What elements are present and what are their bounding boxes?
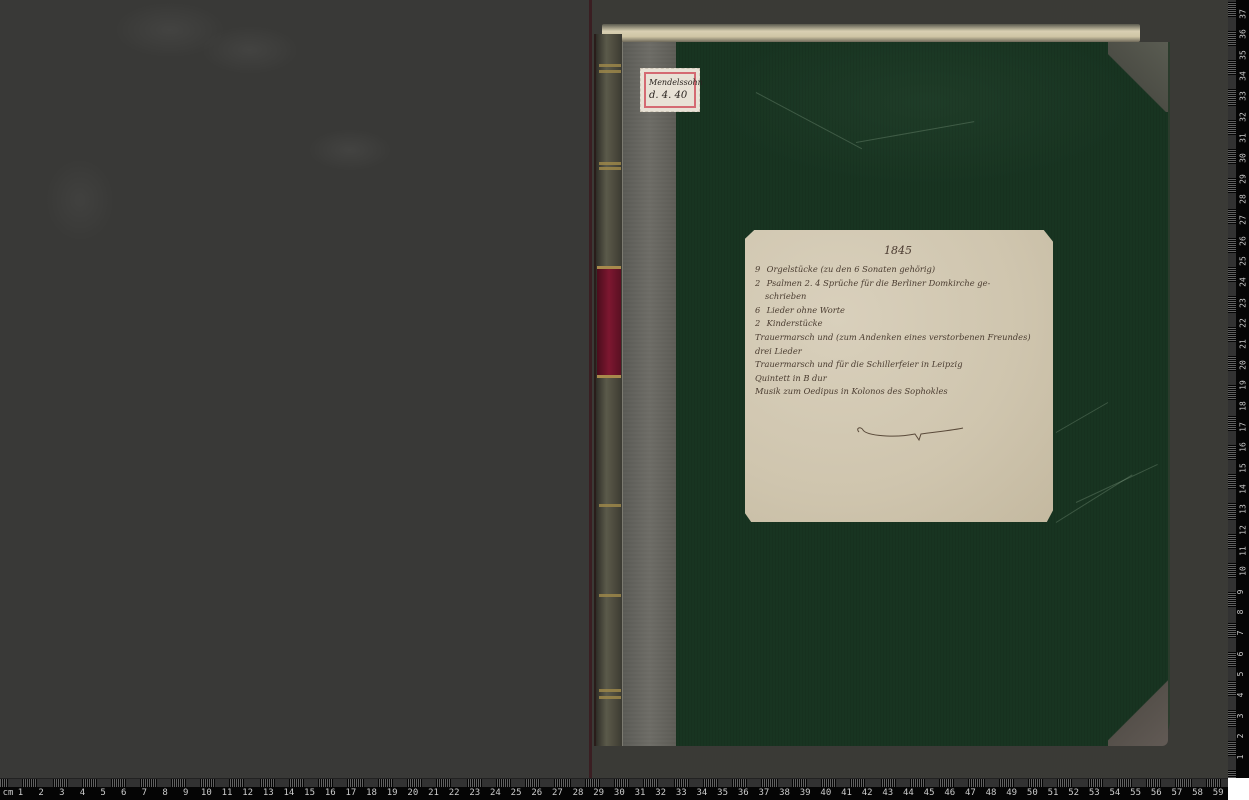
cover-scratch — [1056, 402, 1108, 433]
ruler-tick-label: 14 — [284, 788, 295, 798]
ruler-tick-label: 1 — [18, 788, 23, 798]
ruler-tick-label: 10 — [1238, 566, 1247, 576]
ruler-tick-label: 39 — [800, 788, 811, 798]
contents-item: Quintett in B dur — [755, 372, 1041, 386]
ruler-tick-label: 59 — [1213, 788, 1224, 798]
ruler-tick-label: 1 — [1236, 755, 1245, 760]
ruler-tick-label: 42 — [862, 788, 873, 798]
ruler-tick-label: 12 — [242, 788, 253, 798]
ruler-tick-label: 35 — [1238, 50, 1247, 60]
handwritten-contents-label: 1845 9 Orgelstücke (zu den 6 Sonaten geh… — [745, 230, 1053, 522]
ruler-tick-label: 30 — [1238, 153, 1247, 163]
ruler-tick-label: 37 — [1238, 9, 1247, 19]
ruler-tick-label: 36 — [738, 788, 749, 798]
ruler-tick-label: 10 — [201, 788, 212, 798]
contents-item: Musik zum Oedipus in Kolonos des Sophokl… — [755, 385, 1041, 399]
ruler-tick-label: 36 — [1238, 29, 1247, 39]
cover-scratch — [856, 121, 974, 143]
ruler-tick-label: 55 — [1130, 788, 1141, 798]
ruler-tick-label: 25 — [1238, 257, 1247, 267]
ruler-tick-label: 32 — [655, 788, 666, 798]
contents-year: 1845 — [755, 244, 1041, 257]
ruler-tick-label: 33 — [1238, 91, 1247, 101]
spine-gilt-band — [599, 64, 621, 67]
ruler-tick-label: 4 — [80, 788, 85, 798]
ruler-tick-label: 24 — [1238, 277, 1247, 287]
closing-flourish-icon — [855, 426, 965, 442]
ruler-tick-label: 13 — [1238, 504, 1247, 514]
spine-gilt-band — [599, 162, 621, 165]
ruler-tick-label: 38 — [779, 788, 790, 798]
ruler-tick-label: 37 — [758, 788, 769, 798]
spine-red-label — [597, 266, 621, 378]
ruler-tick-label: 27 — [552, 788, 563, 798]
ruler-unit-label: cm — [3, 788, 14, 798]
horizontal-scale-ruler: cm 1234567891011121314151617181920212223… — [0, 778, 1228, 800]
ruler-tick-label: 19 — [387, 788, 398, 798]
contents-list: 9 Orgelstücke (zu den 6 Sonaten gehörig)… — [755, 263, 1041, 399]
ruler-tick-label: 40 — [820, 788, 831, 798]
vertical-scale-ruler: 1234567891011121314151617181920212223242… — [1228, 0, 1249, 778]
ruler-tick-label: 52 — [1068, 788, 1079, 798]
ruler-tick-label: 25 — [511, 788, 522, 798]
ruler-tick-label: 51 — [1048, 788, 1059, 798]
ruler-tick-label: 46 — [944, 788, 955, 798]
ruler-tick-label: 26 — [531, 788, 542, 798]
ruler-tick-label: 2 — [1236, 734, 1245, 739]
ruler-tick-label: 19 — [1238, 380, 1247, 390]
ruler-tick-label: 12 — [1238, 525, 1247, 535]
ruler-tick-label: 13 — [263, 788, 274, 798]
ruler-tick-label: 5 — [1236, 672, 1245, 677]
ruler-tick-label: 11 — [1238, 546, 1247, 556]
ruler-tick-label: 22 — [449, 788, 460, 798]
shelfmark-sticker: Mendelssohn d. 4. 40 — [640, 68, 700, 112]
spine-gilt-band — [599, 594, 621, 597]
cover-scratch — [1056, 474, 1133, 523]
ruler-tick-label: 56 — [1151, 788, 1162, 798]
ruler-tick-label: 23 — [469, 788, 480, 798]
ruler-tick-label: 24 — [490, 788, 501, 798]
ruler-ticks — [1228, 0, 1236, 778]
ruler-tick-label: 31 — [635, 788, 646, 798]
ruler-tick-label: 34 — [1238, 71, 1247, 81]
ruler-tick-label: 7 — [1236, 631, 1245, 636]
cover-scratch — [756, 92, 862, 149]
ruler-tick-label: 47 — [965, 788, 976, 798]
ruler-tick-label: 21 — [428, 788, 439, 798]
ruler-ticks — [0, 779, 1228, 787]
ruler-tick-label: 21 — [1238, 339, 1247, 349]
ruler-tick-label: 14 — [1238, 484, 1247, 494]
ruler-tick-label: 29 — [593, 788, 604, 798]
ruler-tick-label: 27 — [1238, 215, 1247, 225]
spine-gilt-band — [599, 504, 621, 507]
ruler-tick-label: 34 — [697, 788, 708, 798]
ruler-tick-label: 43 — [882, 788, 893, 798]
ruler-tick-label: 11 — [222, 788, 233, 798]
contents-item: 6 Lieder ohne Worte — [755, 304, 1041, 318]
contents-item: 2 Psalmen 2. 4 Sprüche für die Berliner … — [755, 277, 1041, 291]
ruler-tick-label: 3 — [1236, 713, 1245, 718]
contents-item: drei Lieder — [755, 345, 1041, 359]
ruler-tick-label: 8 — [162, 788, 167, 798]
ruler-tick-label: 17 — [1238, 422, 1247, 432]
ruler-tick-label: 29 — [1238, 174, 1247, 184]
ruler-tick-label: 45 — [924, 788, 935, 798]
ruler-tick-label: 15 — [1238, 463, 1247, 473]
ruler-tick-label: 3 — [59, 788, 64, 798]
ruler-tick-label: 8 — [1236, 610, 1245, 615]
ruler-tick-label: 30 — [614, 788, 625, 798]
ruler-tick-label: 20 — [407, 788, 418, 798]
ruler-tick-label: 58 — [1192, 788, 1203, 798]
contents-item: Trauermarsch und (zum Andenken eines ver… — [755, 331, 1041, 345]
ruler-tick-label: 41 — [841, 788, 852, 798]
shelfmark-line-2: d. 4. 40 — [649, 89, 694, 102]
ruler-tick-label: 53 — [1089, 788, 1100, 798]
worn-corner-bottom — [1108, 676, 1168, 746]
contents-item: 9 Orgelstücke (zu den 6 Sonaten gehörig) — [755, 263, 1041, 277]
spine-gilt-band — [599, 167, 621, 170]
ruler-tick-label: 16 — [1238, 442, 1247, 452]
book-spine — [594, 34, 622, 746]
spine-gilt-band — [599, 696, 621, 699]
ruler-tick-label: 16 — [325, 788, 336, 798]
ruler-tick-label: 26 — [1238, 236, 1247, 246]
ruler-tick-label: 35 — [717, 788, 728, 798]
spine-gilt-band — [599, 689, 621, 692]
ruler-tick-label: 44 — [903, 788, 914, 798]
ruler-tick-label: 32 — [1238, 112, 1247, 122]
ruler-tick-label: 15 — [304, 788, 315, 798]
ruler-tick-label: 7 — [142, 788, 147, 798]
ruler-tick-label: 9 — [1236, 589, 1245, 594]
ruler-tick-label: 57 — [1171, 788, 1182, 798]
ruler-tick-label: 28 — [1238, 195, 1247, 205]
scan-canvas: Mendelssohn d. 4. 40 1845 9 Orgelstücke … — [0, 0, 1228, 778]
ruler-tick-label: 54 — [1110, 788, 1121, 798]
ruler-tick-label: 18 — [1238, 401, 1247, 411]
page-block-edge — [602, 24, 1140, 42]
inside-front-board — [0, 0, 592, 778]
ruler-tick-label: 2 — [38, 788, 43, 798]
ruler-tick-label: 5 — [100, 788, 105, 798]
contents-item: Trauermarsch und für die Schillerfeier i… — [755, 358, 1041, 372]
ruler-tick-label: 48 — [986, 788, 997, 798]
shelfmark-line-1: Mendelssohn — [649, 78, 694, 88]
ruler-tick-label: 4 — [1236, 693, 1245, 698]
ruler-tick-label: 6 — [1236, 651, 1245, 656]
ruler-tick-label: 23 — [1238, 298, 1247, 308]
ruler-tick-label: 20 — [1238, 360, 1247, 370]
quarter-leather-binding — [622, 42, 676, 746]
ruler-tick-label: 17 — [345, 788, 356, 798]
ruler-corner — [1228, 778, 1249, 800]
ruler-tick-label: 9 — [183, 788, 188, 798]
ruler-tick-label: 50 — [1027, 788, 1038, 798]
ruler-tick-label: 28 — [573, 788, 584, 798]
contents-item: 2 Kinderstücke — [755, 317, 1041, 331]
ruler-tick-label: 22 — [1238, 319, 1247, 329]
ruler-tick-label: 18 — [366, 788, 377, 798]
ruler-tick-label: 31 — [1238, 133, 1247, 143]
contents-item: schrieben — [755, 290, 1041, 304]
ruler-tick-label: 6 — [121, 788, 126, 798]
spine-gilt-band — [599, 70, 621, 73]
ruler-tick-label: 33 — [676, 788, 687, 798]
worn-corner-top — [1108, 42, 1168, 112]
ruler-tick-label: 49 — [1006, 788, 1017, 798]
